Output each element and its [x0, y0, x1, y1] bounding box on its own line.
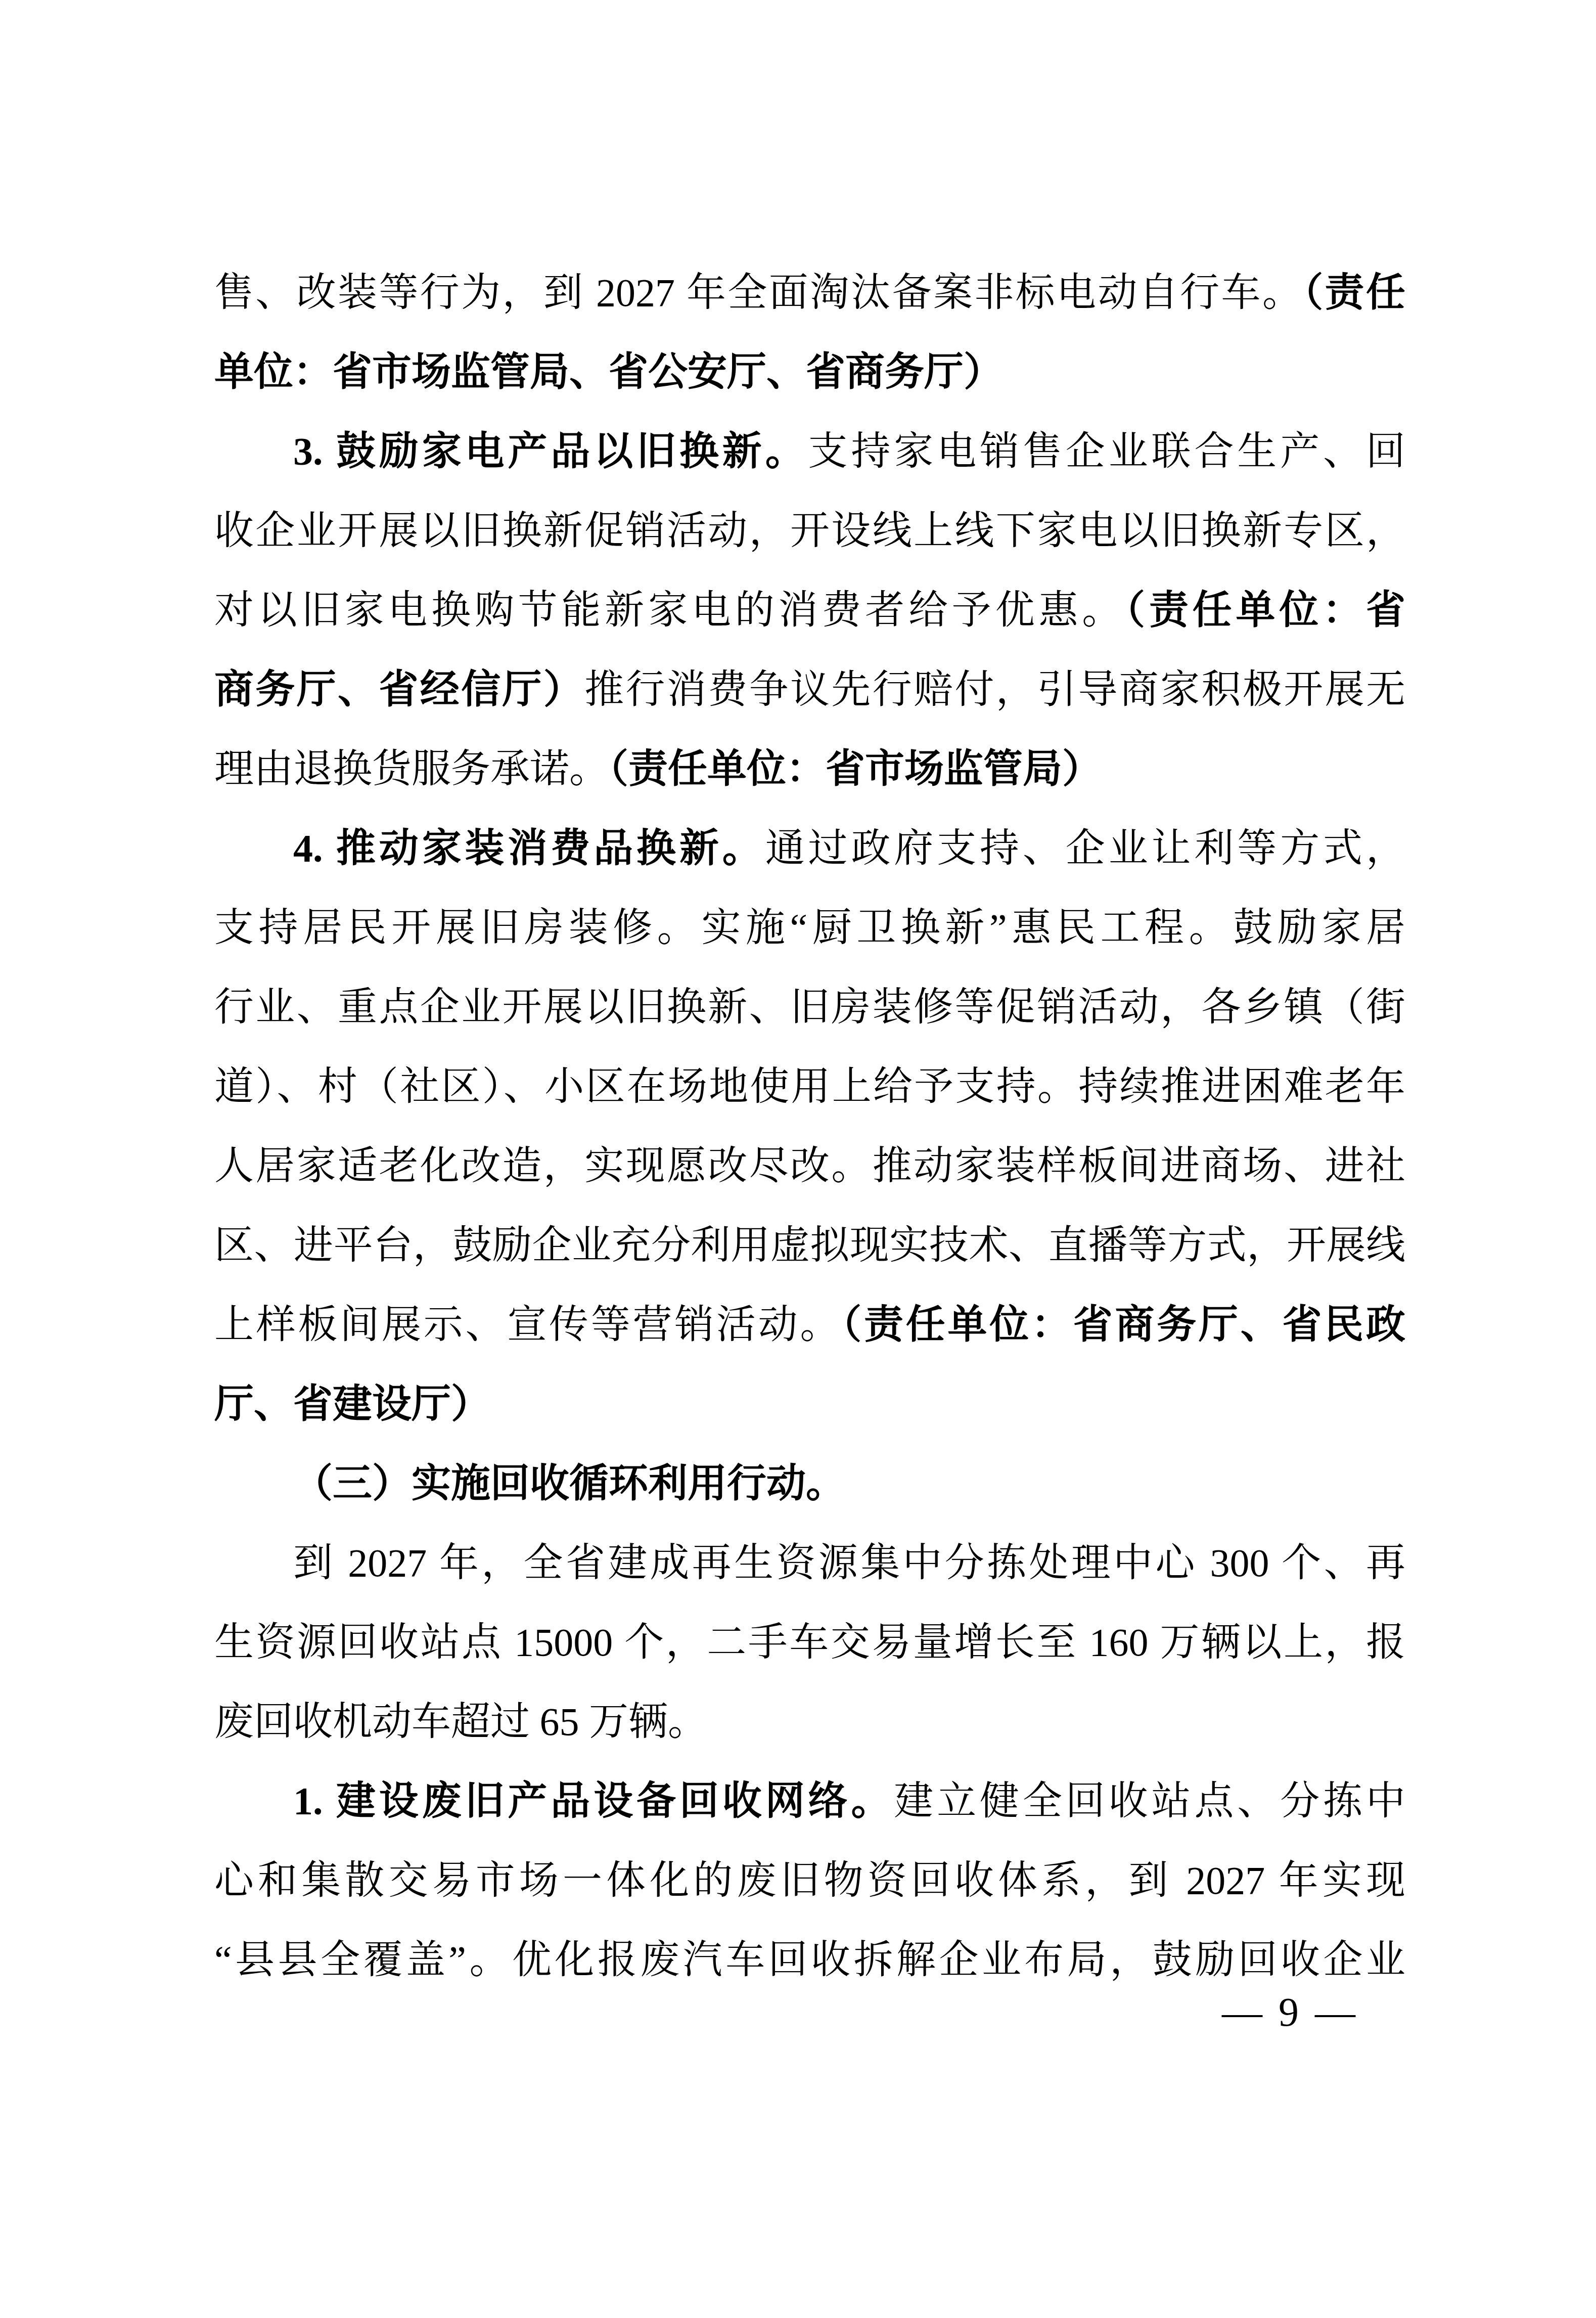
line-segment-bold: 3. 鼓励家电产品以旧换新。 [293, 429, 808, 473]
text-line: 单位：省市场监管局、省公安厅、省商务厅） [214, 332, 1405, 412]
line-segment-bold: （三）实施回收循环利用行动。 [293, 1461, 845, 1505]
text-line: 废回收机动车超过 65 万辆。 [214, 1682, 1405, 1761]
line-segment: 上样板间展示、宣传等营销活动。 [214, 1303, 842, 1347]
text-line: 售、改装等行为，到 2027 年全面淘汰备案非标电动自行车。（责任 [214, 253, 1405, 332]
line-segment-bold: 厅、省建设厅） [214, 1382, 490, 1426]
text-line: 生资源回收站点 15000 个，二手车交易量增长至 160 万辆以上，报 [214, 1602, 1405, 1682]
line-segment: 推行消费争议先行赔付，引导商家积极开展无 [584, 667, 1405, 711]
line-segment: 人居家适老化改造，实现愿改尽改。推动家装样板间进商场、进社 [214, 1144, 1405, 1188]
text-line: 1. 建设废旧产品设备回收网络。建立健全回收站点、分拣中 [214, 1761, 1405, 1841]
text-line: 收企业开展以旧换新促销活动，开设线上线下家电以旧换新专区， [214, 491, 1405, 570]
text-line: 4. 推动家装消费品换新。通过政府支持、企业让利等方式， [214, 809, 1405, 888]
line-segment: 收企业开展以旧换新促销活动，开设线上线下家电以旧换新专区， [214, 509, 1405, 553]
line-segment: “县县全覆盖”。优化报废汽车回收拆解企业布局，鼓励回收企业 [214, 1938, 1405, 1982]
text-line: 3. 鼓励家电产品以旧换新。支持家电销售企业联合生产、回 [214, 412, 1405, 491]
line-segment: 支持家电销售企业联合生产、回 [808, 429, 1405, 473]
line-segment-bold: 4. 推动家装消费品换新。 [293, 826, 765, 870]
line-segment-bold: 单位：省市场监管局、省公安厅、省商务厅） [214, 350, 1003, 394]
section-heading: （三）实施回收循环利用行动。 [214, 1444, 1405, 1523]
text-line: 道）、村（社区）、小区在场地使用上给予支持。持续推进困难老年 [214, 1047, 1405, 1126]
line-segment: 支持居民开展旧房装修。实施“厨卫换新”惠民工程。鼓励家居 [214, 906, 1405, 950]
line-segment: 行业、重点企业开展以旧换新、旧房装修等促销活动，各乡镇（街 [214, 985, 1405, 1029]
line-segment: 通过政府支持、企业让利等方式， [765, 826, 1405, 870]
line-segment: 建立健全回收站点、分拣中 [894, 1779, 1405, 1823]
text-line: 上样板间展示、宣传等营销活动。（责任单位：省商务厅、省民政 [214, 1285, 1405, 1364]
page-number: — 9 — [1222, 1985, 1358, 2040]
line-segment-bold: （责任单位：省 [1125, 588, 1405, 632]
line-segment-bold: 1. 建设废旧产品设备回收网络。 [293, 1779, 894, 1823]
text-line: 行业、重点企业开展以旧换新、旧房装修等促销活动，各乡镇（街 [214, 967, 1405, 1047]
text-line: 支持居民开展旧房装修。实施“厨卫换新”惠民工程。鼓励家居 [214, 888, 1405, 967]
line-segment: 生资源回收站点 15000 个，二手车交易量增长至 160 万辆以上，报 [214, 1620, 1405, 1664]
line-segment: 废回收机动车超过 65 万辆。 [214, 1700, 707, 1744]
line-segment: 售、改装等行为，到 2027 年全面淘汰备案非标电动自行车。 [214, 271, 1303, 315]
text-line: 商务厅、省经信厅）推行消费争议先行赔付，引导商家积极开展无 [214, 650, 1405, 729]
line-segment: 道）、村（社区）、小区在场地使用上给予支持。持续推进困难老年 [214, 1064, 1405, 1108]
line-segment: 对以旧家电换购节能新家电的消费者给予优惠。 [214, 588, 1125, 632]
line-segment-bold: （责任 [1303, 271, 1405, 315]
text-line: 人居家适老化改造，实现愿改尽改。推动家装样板间进商场、进社 [214, 1126, 1405, 1206]
line-segment-bold: （责任单位：省市场监管局） [609, 747, 1102, 791]
text-line: 区、进平台，鼓励企业充分利用虚拟现实技术、直播等方式，开展线 [214, 1206, 1405, 1285]
text-line: 心和集散交易市场一体化的废旧物资回收体系，到 2027 年实现 [214, 1841, 1405, 1920]
line-segment: 到 2027 年，全省建成再生资源集中分拣处理中心 300 个、再 [293, 1541, 1405, 1585]
line-segment: 区、进平台，鼓励企业充分利用虚拟现实技术、直播等方式，开展线 [214, 1223, 1405, 1267]
text-line: 到 2027 年，全省建成再生资源集中分拣处理中心 300 个、再 [214, 1523, 1405, 1602]
line-segment: 心和集散交易市场一体化的废旧物资回收体系，到 2027 年实现 [214, 1858, 1405, 1902]
line-segment-bold: 商务厅、省经信厅） [214, 667, 584, 711]
text-line: 理由退换货服务承诺。（责任单位：省市场监管局） [214, 729, 1405, 809]
text-block: 售、改装等行为，到 2027 年全面淘汰备案非标电动自行车。（责任 单位：省市场… [214, 253, 1405, 1999]
text-line: 厅、省建设厅） [214, 1364, 1405, 1444]
line-segment: 理由退换货服务承诺。 [214, 747, 609, 791]
text-line: 对以旧家电换购节能新家电的消费者给予优惠。（责任单位：省 [214, 570, 1405, 650]
document-page: 售、改装等行为，到 2027 年全面淘汰备案非标电动自行车。（责任 单位：省市场… [0, 0, 1596, 2318]
line-segment-bold: （责任单位：省商务厅、省民政 [842, 1303, 1405, 1347]
